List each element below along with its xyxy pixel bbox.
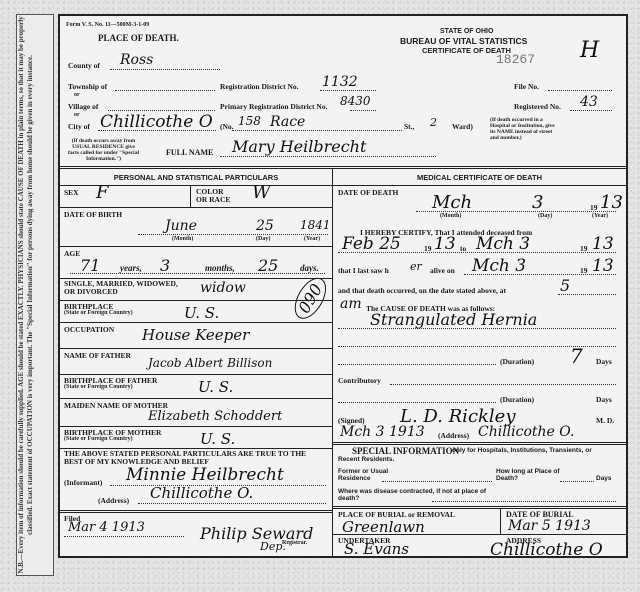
time-of-death: 5: [560, 276, 570, 295]
sex-label: SEX: [64, 188, 79, 197]
ward-value: 2: [430, 116, 437, 129]
duration-value: 7: [570, 344, 583, 368]
county-value: Ross: [120, 52, 153, 68]
physician-address-label: (Address): [438, 431, 469, 440]
occupation-label: OCCUPATION: [64, 325, 114, 334]
dob-label: DATE OF BIRTH: [64, 210, 122, 219]
full-name-value: Mary Heilbrecht: [232, 137, 366, 156]
how-long-label: How long at Place of Death?: [496, 468, 576, 482]
marital-value: widow: [200, 280, 246, 296]
father-name-label: NAME OF FATHER: [64, 351, 131, 360]
last-saw-label: that I last saw h: [338, 266, 389, 275]
registration-district-label: Registration District No.: [220, 82, 299, 91]
primary-registration-value: 8430: [340, 94, 371, 108]
color-value: W: [252, 182, 271, 203]
age-years: 71: [80, 256, 100, 275]
certificate-number: 18267: [496, 52, 535, 67]
father-name-value: Jacob Albert Billison: [148, 356, 272, 370]
death-year: 13: [600, 192, 623, 213]
township-label: Township of: [68, 82, 107, 91]
city-label: City of: [68, 122, 90, 131]
registration-district-value: 1132: [322, 74, 358, 90]
color-label: COLOR OR RACE: [196, 188, 236, 204]
county-label: County of: [68, 61, 100, 70]
undertaker-address-value: Chillicothe O: [490, 540, 603, 560]
state-heading: STATE OF OHIO: [440, 28, 493, 35]
father-birthplace-value: U. S.: [198, 378, 233, 396]
medical-section-title: MEDICAL CERTIFICATE OF DEATH: [333, 173, 626, 182]
birthplace-value: U. S.: [184, 304, 219, 322]
place-of-death-heading: PLACE OF DEATH.: [98, 33, 179, 43]
death-occurred-label: and that death occurred, on the date sta…: [338, 286, 506, 295]
registered-no-label: Registered No.: [514, 102, 561, 111]
attended-from-date: Feb 25: [342, 234, 401, 254]
special-info-description: only for Hospitals, Institutions, Transi…: [338, 446, 610, 464]
attestation-text: THE ABOVE STATED PERSONAL PARTICULARS AR…: [64, 450, 326, 466]
file-no-label: File No.: [514, 82, 539, 91]
age-months: 3: [160, 256, 170, 275]
attended-from-year: 13: [434, 234, 456, 254]
mother-birthplace-value: U. S.: [200, 430, 235, 448]
date-of-death-label: DATE OF DEATH: [338, 188, 398, 197]
form-number: Form V. S. No. 11—500M-3-1-09: [66, 22, 149, 28]
age-label: AGE: [64, 249, 80, 258]
city-value: Chillicothe O: [100, 112, 213, 132]
informant-value: Minnie Heilbrecht: [126, 465, 284, 485]
last-saw-year: 13: [592, 256, 614, 276]
signature-date: Mch 3 1913: [340, 424, 425, 440]
registrar-label: Registrar.: [282, 540, 307, 546]
attended-to-year: 13: [592, 234, 614, 254]
informant-address-value: Chillicothe O.: [150, 484, 253, 502]
attended-to-date: Mch 3: [476, 234, 530, 254]
instructions-note: N.B.—Every item of information should be…: [17, 15, 53, 575]
sex-value: F: [96, 182, 109, 203]
street-name: Race: [270, 114, 305, 130]
street-number: 158: [238, 114, 261, 128]
dob-day: 25: [256, 218, 274, 234]
circled-code: 090: [288, 273, 332, 324]
village-label: Village of: [68, 102, 98, 111]
age-days: 25: [258, 256, 278, 275]
duration2-label: (Duration): [500, 395, 534, 404]
last-saw-date: Mch 3: [472, 256, 526, 276]
personal-section-title: PERSONAL AND STATISTICAL PARTICULARS: [60, 173, 332, 182]
full-name-label: FULL NAME: [166, 148, 213, 157]
cause-of-death-value: Strangulated Hernia: [370, 310, 537, 329]
filed-date: Mar 4 1913: [68, 520, 145, 535]
away-note: (If death occurs away from USUAL RESIDEN…: [66, 138, 141, 162]
registered-no-value: 43: [580, 94, 598, 110]
death-month: Mch: [432, 192, 472, 213]
occupation-value: House Keeper: [142, 326, 249, 344]
death-day: 3: [532, 192, 543, 213]
time-ampm: am: [340, 296, 362, 312]
informant-address-label: (Address): [98, 496, 129, 505]
last-saw-pronoun: er: [410, 260, 422, 273]
primary-registration-label: Primary Registration District No.: [220, 102, 327, 111]
burial-date-value: Mar 5 1913: [508, 518, 591, 534]
death-certificate-form: Form V. S. No. 11—500M-3-1-09 PLACE OF D…: [58, 14, 628, 558]
former-residence-label: Former or Usual Residence: [338, 468, 398, 482]
hospital-note: (If death occurred in a Hospital or Inst…: [490, 117, 560, 141]
bureau-heading: BUREAU OF VITAL STATISTICS: [400, 36, 527, 46]
instructions-sidebar: N.B.—Every item of information should be…: [16, 14, 54, 576]
disease-contracted-label: Where was disease contracted, if not at …: [338, 488, 488, 502]
undertaker-value: S. Evans: [344, 540, 409, 558]
informant-label: (Informant): [64, 478, 102, 487]
physician-address-value: Chillicothe O.: [478, 424, 574, 440]
dob-year: 1841: [300, 218, 331, 232]
contributory-label: Contributory: [338, 376, 381, 385]
duration-label: (Duration): [500, 357, 534, 366]
dob-month: June: [165, 218, 197, 234]
certificate-mark: H: [580, 38, 599, 63]
marital-label: SINGLE, MARRIED, WIDOWED, OR DIVORCED: [64, 280, 184, 296]
mother-name-value: Elizabeth Schoddert: [148, 409, 282, 424]
